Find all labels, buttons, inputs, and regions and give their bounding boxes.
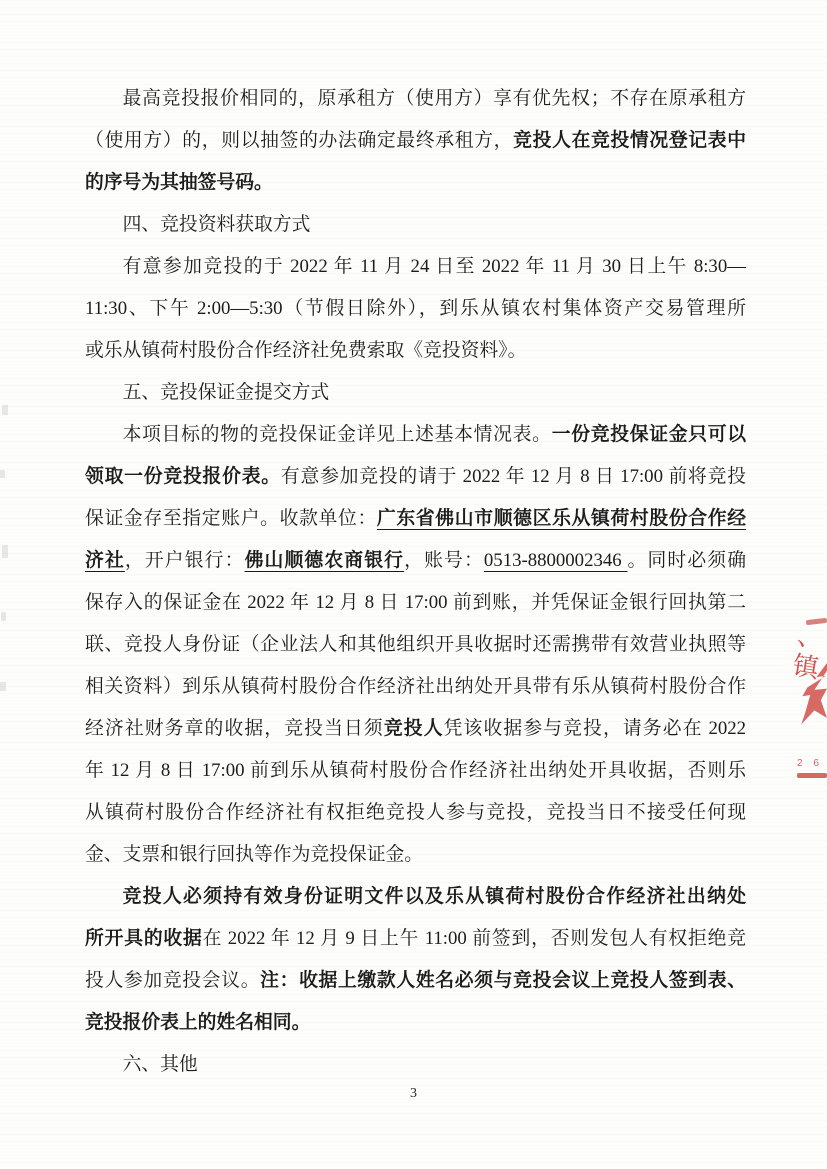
document-line: 联、竞投人身份证（企业法人和其他组织开具收据时还需携带有效营业执照等 bbox=[85, 624, 746, 666]
scan-artifact bbox=[2, 545, 8, 558]
paragraph: 竞投人必须持有效身份证明文件以及乐从镇荷村股份合作经济社出纳处所开具的收据在 2… bbox=[85, 876, 746, 1044]
document-line: 六、其他 bbox=[85, 1044, 746, 1086]
document-line: 领取一份竞投报价表。有意参加竞投的请于 2022 年 12 月 8 日 17:0… bbox=[85, 456, 746, 498]
text-segment: 广东省佛山市顺德区乐从镇荷村股份合作经 bbox=[377, 508, 746, 529]
document-line: 的序号为其抽签号码。 bbox=[85, 162, 746, 204]
stamp-serial-number: 2 6 4 bbox=[797, 758, 827, 769]
text-segment: 11:30、下午 2:00—5:30（节假日除外），到乐从镇农村集体资产交易管理… bbox=[85, 298, 746, 319]
text-segment: 竞投人 bbox=[384, 718, 444, 739]
section-heading: 四、竞投资料获取方式 bbox=[85, 204, 746, 246]
text-segment: 有意参加竞投的请于 2022 年 12 月 8 日 17:00 前将竞投 bbox=[281, 466, 746, 487]
text-segment: 年 12 月 8 日 17:00 前到乐从镇荷村股份合作经济社出纳处开具收据，否… bbox=[85, 760, 746, 781]
text-segment: ，开户银行： bbox=[125, 550, 245, 571]
text-segment: 保存入的保证金在 2022 年 12 月 8 日 17:00 前到账，并凭保证金… bbox=[85, 592, 746, 613]
document-line: 竞投报价表上的姓名相同。 bbox=[85, 1002, 746, 1044]
text-segment: 注：收据上缴款人姓名必须与竞投会议上竞投人签到表、 bbox=[260, 970, 746, 991]
text-segment: 领取一份竞投报价表。 bbox=[85, 466, 281, 487]
text-segment: 一份竞投保证金只可以 bbox=[552, 424, 746, 445]
document-line: 相关资料）到乐从镇荷村股份合作经济社出纳处开具带有乐从镇荷村股份合作 bbox=[85, 666, 746, 708]
scan-artifact bbox=[0, 470, 5, 478]
text-segment: 本项目标的物的竞投保证金详见上述基本情况表。 bbox=[123, 424, 552, 445]
document-line: 投人参加竞投会议。注：收据上缴款人姓名必须与竞投会议上竞投人签到表、 bbox=[85, 960, 746, 1002]
text-segment: 所开具的收据 bbox=[85, 928, 203, 949]
document-line: 四、竞投资料获取方式 bbox=[85, 204, 746, 246]
text-segment: 或乐从镇荷村股份合作经济社免费索取《竞投资料》。 bbox=[85, 340, 526, 361]
text-segment: 0513-8800002346 bbox=[484, 550, 628, 571]
document-line: 济社，开户银行：佛山顺德农商银行，账号：0513-8800002346 。同时必… bbox=[85, 540, 746, 582]
text-segment: 从镇荷村股份合作经济社有权拒绝竞投人参与竞投，竞投当日不接受任何现 bbox=[85, 802, 746, 823]
page-number: 3 bbox=[0, 1082, 827, 1106]
stamp-character: 、镇 bbox=[791, 621, 827, 687]
paragraph: 最高竞投报价相同的，原承租方（使用方）享有优先权；不存在原承租方（使用方）的，则… bbox=[85, 78, 746, 204]
text-segment: 济社 bbox=[85, 550, 125, 571]
document-line: 有意参加竞投的于 2022 年 11 月 24 日至 2022 年 11 月 3… bbox=[85, 246, 746, 288]
text-segment: 相关资料）到乐从镇荷村股份合作经济社出纳处开具带有乐从镇荷村股份合作 bbox=[85, 676, 746, 697]
text-segment: 投人参加竞投会议。 bbox=[85, 970, 260, 991]
text-segment: 的序号为其抽签号码。 bbox=[85, 172, 273, 193]
document-line: 保存入的保证金在 2022 年 12 月 8 日 17:00 前到账，并凭保证金… bbox=[85, 582, 746, 624]
document-line: 年 12 月 8 日 17:00 前到乐从镇荷村股份合作经济社出纳处开具收据，否… bbox=[85, 750, 746, 792]
document-line: （使用方）的，则以抽签的办法确定最终承租方，竞投人在竞投情况登记表中 bbox=[85, 120, 746, 162]
text-segment: 凭该收据参与竞投，请务必在 2022 bbox=[444, 718, 746, 739]
text-segment: 联、竞投人身份证（企业法人和其他组织开具收据时还需携带有效营业执照等 bbox=[85, 634, 746, 655]
scan-artifact bbox=[0, 682, 6, 691]
text-segment: 五、竞投保证金提交方式 bbox=[123, 382, 330, 403]
text-segment: 六、其他 bbox=[123, 1054, 198, 1075]
document-line: 五、竞投保证金提交方式 bbox=[85, 372, 746, 414]
text-segment: 四、竞投资料获取方式 bbox=[123, 214, 311, 235]
document-line: 竞投人必须持有效身份证明文件以及乐从镇荷村股份合作经济社出纳处 bbox=[85, 876, 746, 918]
paragraph: 有意参加竞投的于 2022 年 11 月 24 日至 2022 年 11 月 3… bbox=[85, 246, 746, 372]
text-segment: 竞投人在竞投情况登记表中 bbox=[513, 130, 746, 151]
text-segment: 佛山顺德农商银行 bbox=[245, 550, 405, 571]
document-line: 最高竞投报价相同的，原承租方（使用方）享有优先权；不存在原承租方 bbox=[85, 78, 746, 120]
document-line: 本项目标的物的竞投保证金详见上述基本情况表。一份竞投保证金只可以 bbox=[85, 414, 746, 456]
document-line: 从镇荷村股份合作经济社有权拒绝竞投人参与竞投，竞投当日不接受任何现 bbox=[85, 792, 746, 834]
text-segment: 在 2022 年 12 月 9 日上午 11:00 前签到，否则发包人有权拒绝竞 bbox=[203, 928, 746, 949]
document-line: 经济社财务章的收据，竞投当日须竞投人凭该收据参与竞投，请务必在 2022 bbox=[85, 708, 746, 750]
document-line: 或乐从镇荷村股份合作经济社免费索取《竞投资料》。 bbox=[85, 330, 746, 372]
stamp-border-arc-bottom bbox=[797, 773, 827, 778]
scan-artifact bbox=[2, 405, 8, 415]
document-line: 11:30、下午 2:00—5:30（节假日除外），到乐从镇农村集体资产交易管理… bbox=[85, 288, 746, 330]
text-segment: 竞投人必须持有效身份证明文件以及乐从镇荷村股份合作经济社出纳处 bbox=[123, 886, 746, 907]
section-heading: 六、其他 bbox=[85, 1044, 746, 1086]
text-segment: 竞投报价表上的姓名相同。 bbox=[85, 1012, 310, 1033]
paragraph: 本项目标的物的竞投保证金详见上述基本情况表。一份竞投保证金只可以领取一份竞投报价… bbox=[85, 414, 746, 876]
document-page: 最高竞投报价相同的，原承租方（使用方）享有优先权；不存在原承租方（使用方）的，则… bbox=[0, 0, 827, 1169]
scan-artifact bbox=[1, 612, 6, 621]
text-segment: 金、支票和银行回执等作为竞投保证金。 bbox=[85, 844, 423, 865]
text-segment: 保证金存至指定账户。收款单位： bbox=[85, 508, 377, 529]
text-segment: 。同时必须确 bbox=[628, 550, 747, 571]
text-segment: ，账号： bbox=[404, 550, 484, 571]
document-body: 最高竞投报价相同的，原承租方（使用方）享有优先权；不存在原承租方（使用方）的，则… bbox=[85, 78, 746, 1086]
text-segment: （使用方）的，则以抽签的办法确定最终承租方， bbox=[85, 130, 513, 151]
document-line: 所开具的收据在 2022 年 12 月 9 日上午 11:00 前签到，否则发包… bbox=[85, 918, 746, 960]
text-segment: 有意参加竞投的于 2022 年 11 月 24 日至 2022 年 11 月 3… bbox=[123, 256, 746, 277]
section-heading: 五、竞投保证金提交方式 bbox=[85, 372, 746, 414]
text-segment: 最高竞投报价相同的，原承租方（使用方）享有优先权；不存在原承租方 bbox=[123, 88, 746, 109]
document-line: 金、支票和银行回执等作为竞投保证金。 bbox=[85, 834, 746, 876]
text-segment: 经济社财务章的收据，竞投当日须 bbox=[85, 718, 384, 739]
document-line: 保证金存至指定账户。收款单位：广东省佛山市顺德区乐从镇荷村股份合作经 bbox=[85, 498, 746, 540]
